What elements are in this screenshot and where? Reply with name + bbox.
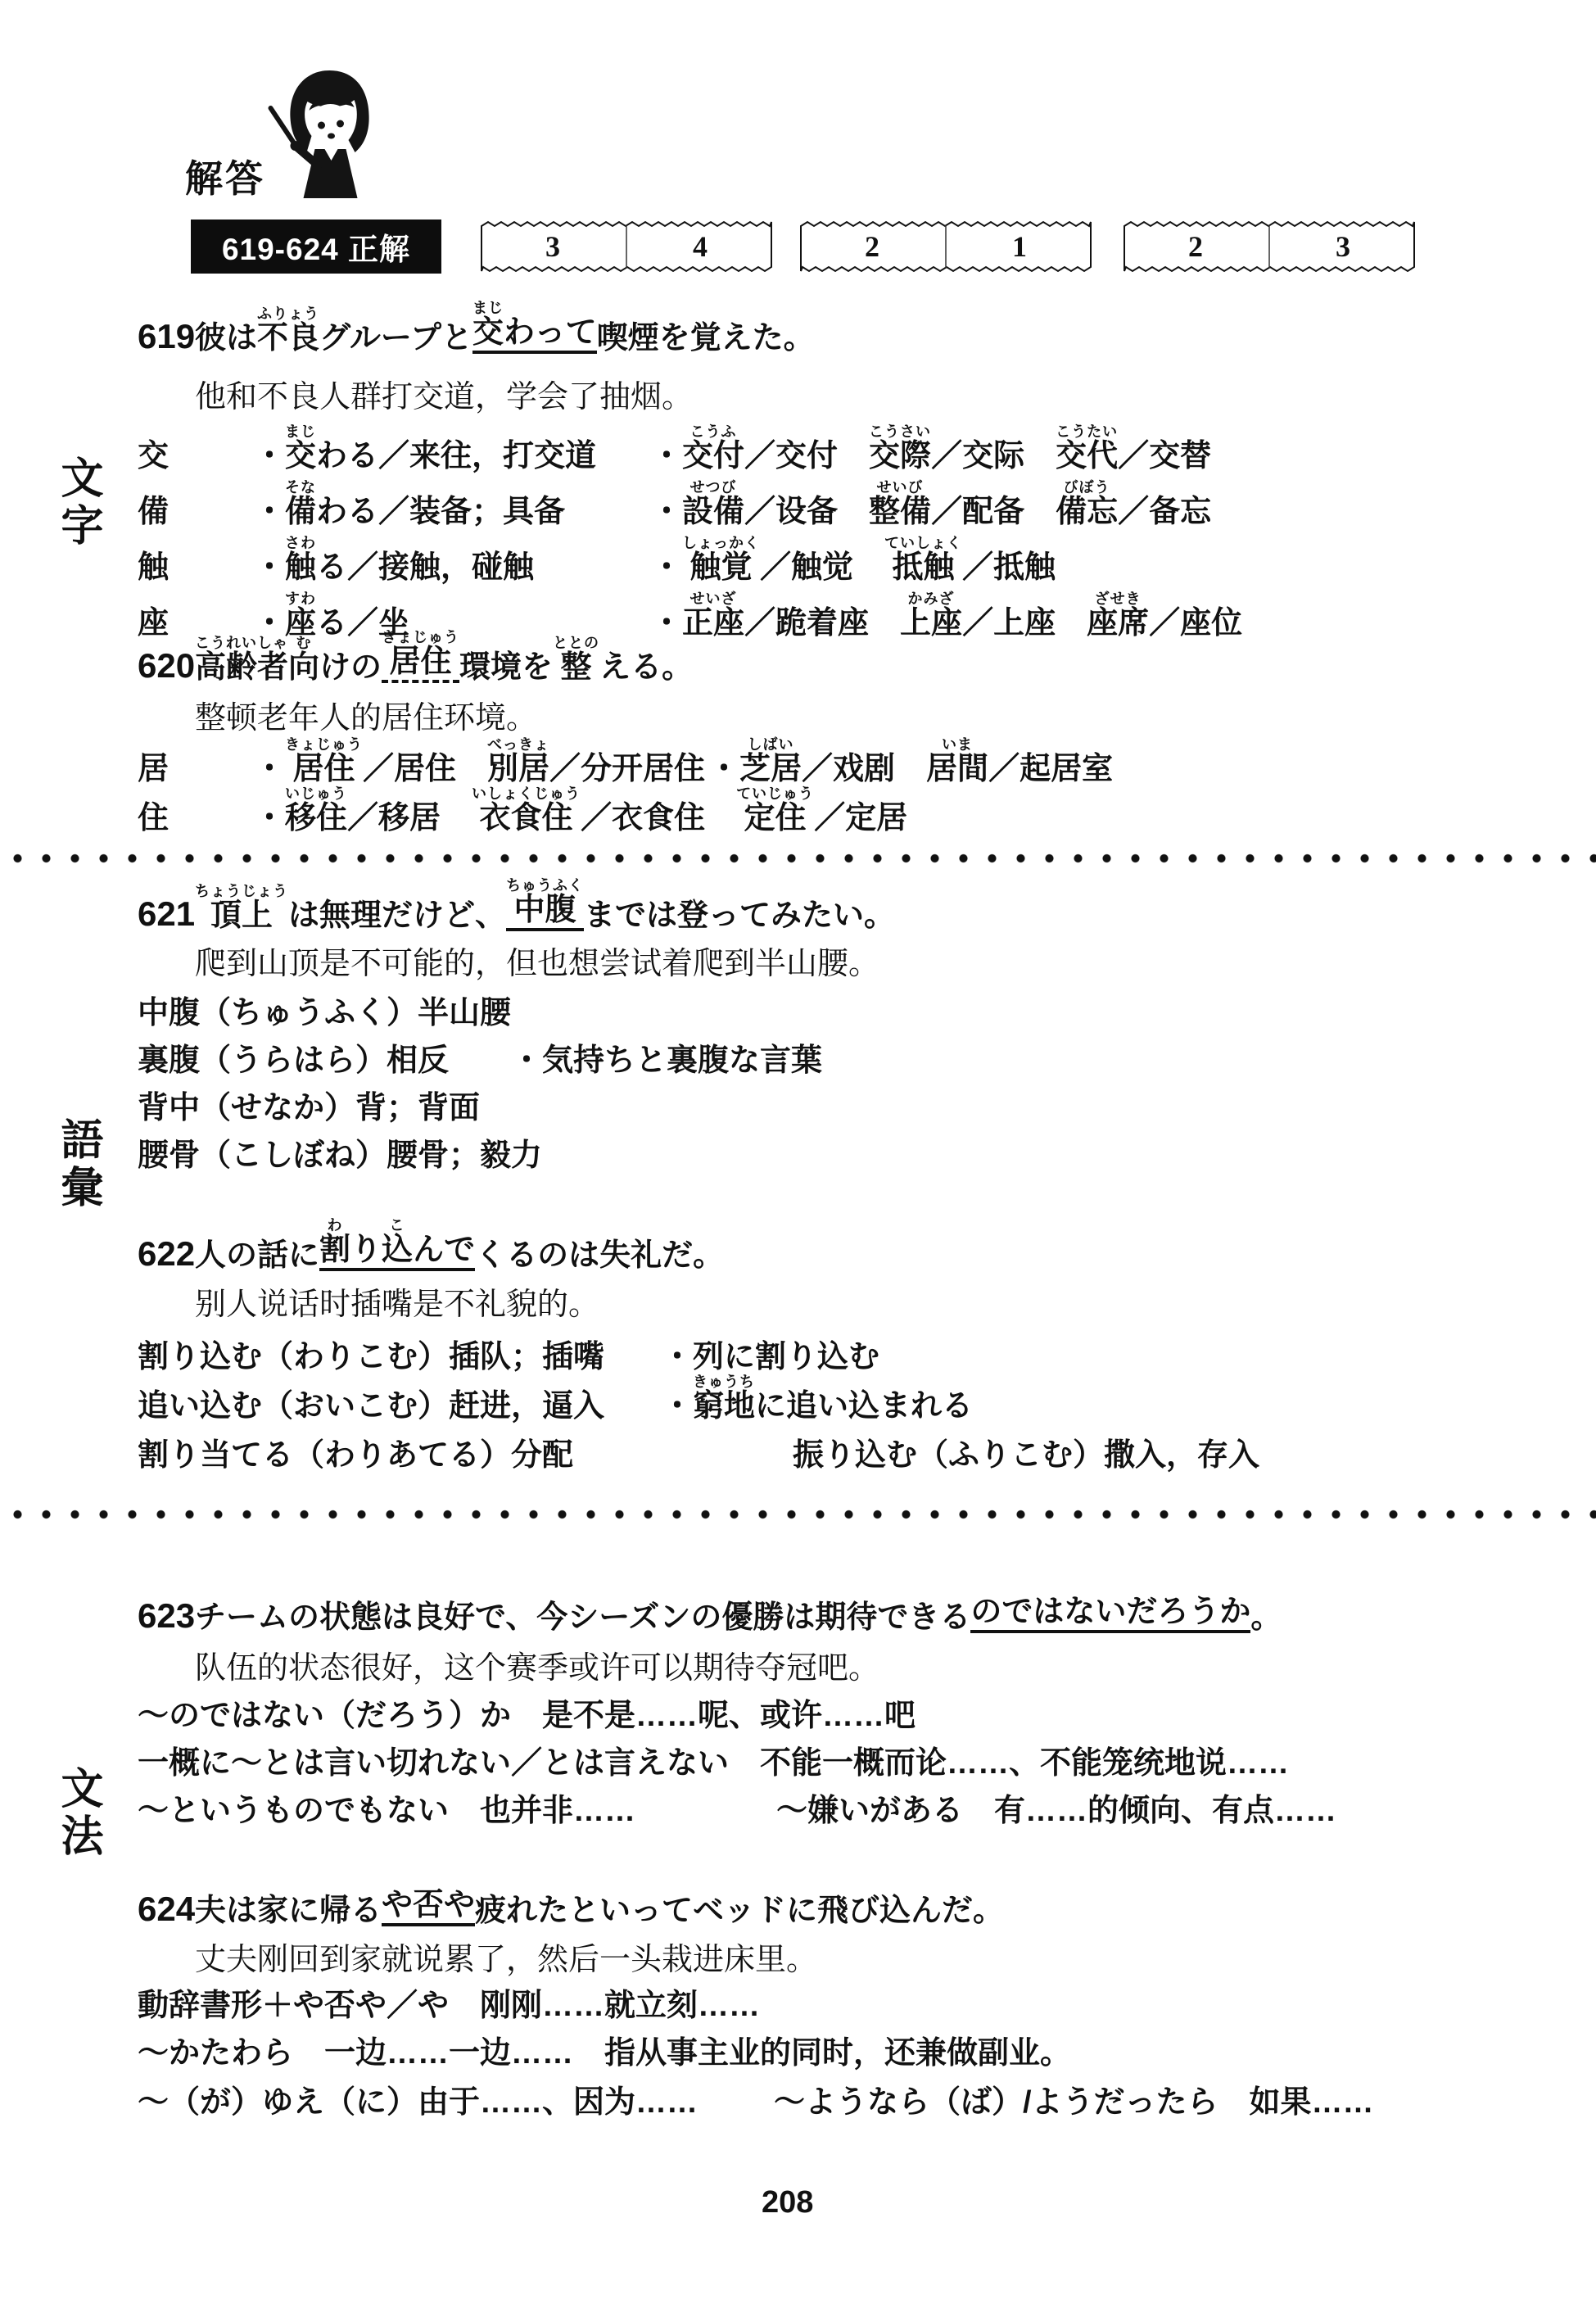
page-number: 208 — [762, 2185, 813, 2220]
vocab-head: 居 — [138, 754, 254, 785]
section-620-sentence: 高齢者こうれいしゃ向むけの居住きょじゅう環境を整ととのえる。 — [195, 629, 693, 683]
section-621-number: 621 — [138, 897, 195, 931]
def-left: ～（が）ゆえ（に）由于……、因为…… — [138, 2087, 698, 2118]
def-right: ～ようなら（ば）/ようだったら 如果…… — [774, 2087, 1374, 2118]
section-623-translation: 队伍的状态很好，这个赛季或许可以期待夺冠吧。 — [195, 1638, 879, 1684]
textbook-answer-page: 解答 619-624 正解 3 4 2 1 2 3 文字 — [0, 0, 1596, 2322]
dotted-separator — [0, 1510, 1596, 1519]
section-620-number: 620 — [138, 649, 195, 683]
section-620-sentence-line: 620 高齢者こうれいしゃ向むけの居住きょじゅう環境を整ととのえる。 — [138, 631, 693, 683]
def-line: 動辞書形＋や否や／や 刚刚……就立刻…… — [138, 1976, 760, 2021]
vocab-cell: ・設備せつび／设备 整備せいび／配备 備忘びぼう／备忘 — [651, 479, 1211, 527]
def-right: ・窮地きゅうちに追い込まれる — [662, 1374, 973, 1422]
def-line: 一概に～とは言い切れない／とは言えない 不能一概而论……、不能笼统地说…… — [138, 1733, 1289, 1779]
vocab-row-bi: 備 ・備そなわる／装备；具备 ・設備せつび／设备 整備せいび／配备 備忘びぼう／… — [138, 475, 1211, 527]
vocab-cell: ・触覚しょっかく／触觉 抵触ていしょく／抵触 — [651, 535, 1056, 583]
def-line: 腰骨（こしぼね）腰骨；毅力 — [138, 1125, 542, 1171]
vocab-head: 備 — [138, 496, 254, 527]
vocab-cell: ・居住きょじゅう／居住 別居べっきょ／分开居住 — [254, 736, 708, 785]
margin-label-goi: 語彙 — [47, 1117, 109, 1212]
def-line: 裏腹（うらはら）相反 ・気持ちと裏腹な言葉 — [138, 1030, 822, 1076]
margin-label-moji: 文字 — [47, 455, 109, 550]
answer-cell-620: 4 — [626, 220, 774, 274]
vocab-cell: ・触さわる／接触，碰触 — [254, 535, 651, 583]
vocab-row-juu: 住 ・移住いじゅう／移居 衣食住いしょくじゅう／衣食住 定住ていじゅう／定居 — [138, 783, 907, 834]
section-621-sentence-line: 621 頂上ちょうじょうは無理だけど、中腹ちゅうふくまでは登ってみたい。 — [138, 879, 895, 931]
vocab-cell: ・交付こうふ／交付 交際こうさい／交际 交代こうたい／交替 — [651, 423, 1211, 472]
margin-label-bunpo: 文法 — [47, 1766, 109, 1861]
answer-cell-621: 2 — [798, 220, 946, 274]
def-left: 割り込む（わりこむ）插队；插嘴 — [138, 1342, 604, 1373]
vocab-row-kyo: 居 ・居住きょじゅう／居住 別居べっきょ／分开居住 ・芝居しばい／戏剧 居間いま… — [138, 734, 1113, 785]
answer-cell-623: 2 — [1122, 220, 1269, 274]
vocab-row-shoku: 触 ・触さわる／接触，碰触 ・触覚しょっかく／触觉 抵触ていしょく／抵触 — [138, 531, 1056, 583]
def-line: ～というものでもない 也并非…… ～嫌いがある 有……的倾向、有点…… — [138, 1781, 635, 1826]
answers-heading: 解答 — [185, 149, 265, 203]
def-line: ～（が）ゆえ（に）由于……、因为…… ～ようなら（ば）/ようだったら 如果…… — [138, 2072, 698, 2118]
section-623-sentence: チームの状態は良好で、今シーズンの優勝は期待できるのではないだろうか。 — [195, 1596, 1282, 1633]
def-line: ～のではない（だろう）か 是不是……呢、或许……吧 — [138, 1686, 916, 1731]
section-619-sentence: 彼は不良ふりょうグループと交まじわって喫煙を覚えた。 — [195, 300, 815, 354]
section-624-number: 624 — [138, 1892, 195, 1926]
vocab-head: 交 — [138, 441, 254, 472]
vocab-row-kou: 交 ・交まじわる／来往，打交道 ・交付こうふ／交付 交際こうさい／交际 交代こう… — [138, 419, 1211, 472]
section-620-translation: 整顿老年人的居住环境。 — [195, 688, 537, 734]
def-right: ～嫌いがある 有……的倾向、有点…… — [776, 1795, 1336, 1826]
def-left: ～というものでもない 也并非…… — [138, 1795, 635, 1826]
dotted-separator — [0, 853, 1596, 863]
answer-cell-619: 3 — [479, 220, 626, 274]
def-line: 背中（せなか）背；背面 — [138, 1078, 480, 1124]
section-622-sentence: 人の話に割わり込こんでくるのは失礼だ。 — [195, 1217, 724, 1271]
answer-cell-624: 3 — [1269, 220, 1417, 274]
answer-cell-622: 1 — [946, 220, 1093, 274]
vocab-head: 住 — [138, 803, 254, 834]
answer-box-2: 2 1 — [798, 220, 1093, 274]
vocab-head: 触 — [138, 552, 254, 583]
section-622-sentence-line: 622 人の話に割わり込こんでくるのは失礼だ。 — [138, 1219, 724, 1271]
def-line: ～かたわら 一边……一边…… 指从事主业的同时，还兼做副业。 — [138, 2023, 1071, 2069]
def-line: 中腹（ちゅうふく）半山腰 — [138, 983, 511, 1029]
section-621-sentence: 頂上ちょうじょうは無理だけど、中腹ちゅうふくまでは登ってみたい。 — [195, 877, 895, 931]
section-622-translation: 别人说话时插嘴是不礼貌的。 — [195, 1274, 599, 1320]
def-right: ・列に割り込む — [662, 1342, 879, 1373]
answer-range-label: 619-624 正解 — [191, 220, 441, 274]
section-624-sentence-line: 624 夫は家に帰るや否や疲れたといってベッドに飛び込んだ。 — [138, 1874, 1004, 1926]
def-line: 追い込む（おいこむ）赶进，逼入 ・窮地きゅうちに追い込まれる — [138, 1371, 604, 1422]
vocab-cell: ・備そなわる／装备；具备 — [254, 479, 651, 527]
def-left: 割り当てる（わりあてる）分配 — [138, 1440, 573, 1471]
section-624-sentence: 夫は家に帰るや否や疲れたといってベッドに飛び込んだ。 — [195, 1890, 1004, 1926]
section-619-sentence-line: 619 彼は不良ふりょうグループと交まじわって喫煙を覚えた。 — [138, 301, 815, 354]
section-624-translation: 丈夫刚回到家就说累了，然后一头栽进床里。 — [195, 1930, 817, 1976]
section-623-number: 623 — [138, 1599, 195, 1633]
def-line: 割り当てる（わりあてる）分配 振り込む（ふりこむ）撒入，存入 — [138, 1422, 573, 1471]
vocab-cell: ・移住いじゅう／移居 衣食住いしょくじゅう／衣食住 定住ていじゅう／定居 — [254, 785, 907, 834]
answer-box-1: 3 4 — [479, 220, 774, 274]
section-619-number: 619 — [138, 319, 195, 354]
def-right: 振り込む（ふりこむ）撒入，存入 — [793, 1440, 1259, 1471]
section-619-translation: 他和不良人群打交道，学会了抽烟。 — [195, 367, 693, 413]
def-line: 割り込む（わりこむ）插队；插嘴 ・列に割り込む — [138, 1322, 604, 1373]
section-623-sentence-line: 623 チームの状態は良好で、今シーズンの優勝は期待できるのではないだろうか。 — [138, 1581, 1282, 1633]
girl-with-pointer-icon — [262, 64, 397, 220]
vocab-cell: ・交まじわる／来往，打交道 — [254, 423, 651, 472]
def-left: 追い込む（おいこむ）赶进，逼入 — [138, 1391, 604, 1422]
answer-box-3: 2 3 — [1122, 220, 1417, 274]
vocab-cell: ・芝居しばい／戏剧 居間いま／起居室 — [708, 736, 1113, 785]
vocab-cell: ・正座せいざ／跪着座 上座かみざ／上座 座席ざせき／座位 — [651, 591, 1242, 639]
section-622-number: 622 — [138, 1237, 195, 1271]
section-621-translation: 爬到山顶是不可能的，但也想尝试着爬到半山腰。 — [195, 934, 879, 980]
